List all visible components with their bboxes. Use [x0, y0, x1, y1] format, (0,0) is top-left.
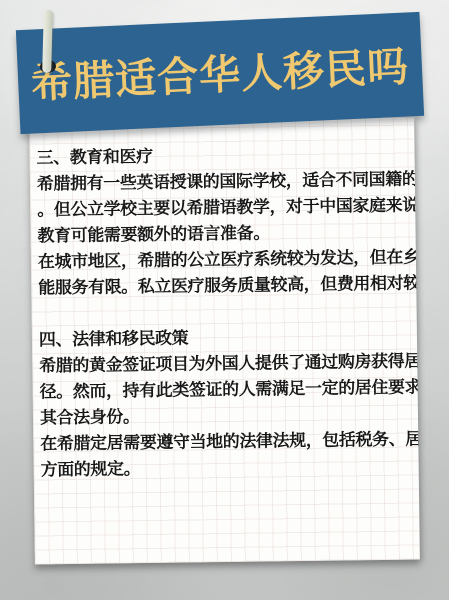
- pin-stick-icon: [42, 10, 53, 73]
- page-title: 希腊适合华人移民吗: [30, 33, 410, 109]
- text-line: 能服务有限。私立医疗服务质量较高，但费用相对较贵。: [38, 271, 410, 302]
- pin-icon: [38, 10, 60, 90]
- title-banner: 希腊适合华人移民吗: [16, 12, 424, 134]
- note-page: 三、教育和医疗希腊拥有一些英语授课的国际学校，适合不同国籍的学生就读。但公立学校…: [0, 0, 449, 600]
- text-line: 在希腊定居需要遵守当地的法律法规，包括税务、居住登记等: [40, 427, 412, 458]
- text-section: 三、教育和医疗希腊拥有一些英语授课的国际学校，适合不同国籍的学生就读。但公立学校…: [36, 141, 410, 302]
- text-line: 。但公立学校主要以希腊语教学，对于中国家庭来说，子女的: [37, 193, 409, 224]
- note-card: 三、教育和医疗希腊拥有一些英语授课的国际学校，适合不同国籍的学生就读。但公立学校…: [29, 117, 420, 564]
- text-line: 方面的规定。: [41, 453, 413, 484]
- card-body: 三、教育和医疗希腊拥有一些英语授课的国际学校，适合不同国籍的学生就读。但公立学校…: [29, 117, 419, 483]
- text-line: 径。然而，持有此类签证的人需满足一定的居住要求，以保持: [39, 375, 411, 406]
- text-section: 四、法律和移民政策希腊的黄金签证项目为外国人提供了通过购房获得居留权的途径。然而…: [39, 323, 413, 484]
